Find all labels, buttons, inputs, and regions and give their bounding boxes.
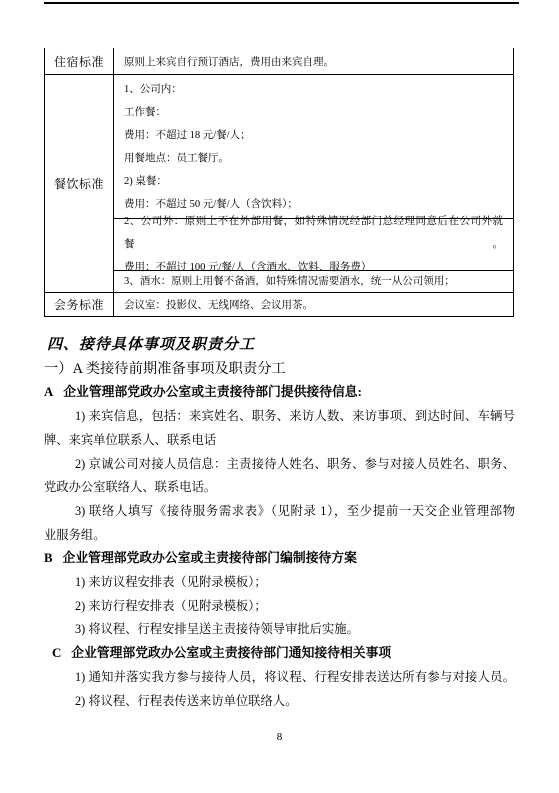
- block-c-letter: C: [52, 642, 61, 666]
- block-a-title: 企业管理部党政办公室或主责接待部门提供接待信息:: [63, 385, 362, 399]
- table-content-accommodation: 原则上来宾自行预订酒店，费用由来宾自理。: [114, 48, 513, 74]
- table-label-accommodation: 住宿标准: [45, 48, 114, 74]
- block-b-letter: B: [44, 547, 53, 571]
- table-line: 工作餐：: [124, 101, 503, 124]
- body-line: 党政办公室联络人、联系电话。: [44, 476, 515, 500]
- table-line: 3、酒水：原则上用餐不备酒，如特殊情况需要酒水，统一从公司领用；: [124, 272, 503, 291]
- body-line: 2) 京诚公司对接人员信息：主责接待人姓名、职务、参与对接人员姓名、职务、: [44, 453, 515, 477]
- block-c-title: 企业管理部党政办公室或主责接待部门通知接待相关事项: [71, 646, 391, 660]
- dining-subcell-company-inside: 1、公司内： 工作餐： 费用：不超过 18 元/餐/人； 用餐地点：员工餐厅。 …: [114, 75, 513, 219]
- table-label-dining: 餐饮标准: [45, 75, 114, 292]
- table-line: 用餐地点：员工餐厅。: [124, 147, 503, 170]
- block-a-letter: A: [44, 381, 53, 405]
- section-subheading: 一）A 类接待前期准备事项及职责分工: [44, 358, 515, 382]
- dining-subcell-company-outside: 2、公司外：原则上不在外部用餐，如特殊情况经部门总经理同意后在公司外就餐。 费用…: [114, 219, 513, 271]
- table-line: 2、公司外：原则上不在外部用餐，如特殊情况经部门总经理同意后在公司外就餐。: [124, 210, 503, 256]
- body-line: 2) 将议程、行程表传送来访单位联络人。: [44, 690, 515, 714]
- table-line: 2) 桌餐：: [124, 170, 503, 193]
- table-row-meeting: 会务标准 会议室：投影仪、无线网络、会议用茶。: [45, 293, 513, 316]
- body-line: 1) 通知并落实我方参与接待人员，将议程、行程安排表送达所有参与对接人员。: [44, 666, 515, 690]
- body-line: 3) 联络人填写《接待服务需求表》（见附录 1），至少提前一天交企业管理部物: [44, 500, 515, 524]
- reception-standards-table: 住宿标准 原则上来宾自行预订酒店，费用由来宾自理。 餐饮标准 1、公司内： 工作…: [44, 48, 514, 317]
- body-line: 2) 来访行程安排表（见附录模板）；: [44, 595, 515, 619]
- table-row-dining: 餐饮标准 1、公司内： 工作餐： 费用：不超过 18 元/餐/人； 用餐地点：员…: [45, 75, 513, 293]
- table-content-dining: 1、公司内： 工作餐： 费用：不超过 18 元/餐/人； 用餐地点：员工餐厅。 …: [114, 75, 513, 292]
- table-line: 1、公司内：: [124, 78, 503, 101]
- body-line: 业服务组。: [44, 524, 515, 548]
- block-c-heading: C企业管理部党政办公室或主责接待部门通知接待相关事项: [44, 642, 515, 666]
- body-line: 1) 来访议程安排表（见附录模板）；: [44, 571, 515, 595]
- dining-subcell-drinks: 3、酒水：原则上用餐不备酒，如特殊情况需要酒水，统一从公司领用；: [114, 271, 513, 292]
- table-label-meeting: 会务标准: [45, 293, 114, 316]
- section-body: 四、接待具体事项及职责分工 一）A 类接待前期准备事项及职责分工 A企业管理部党…: [44, 334, 515, 713]
- block-a-heading: A企业管理部党政办公室或主责接待部门提供接待信息:: [44, 381, 515, 405]
- table-content-meeting: 会议室：投影仪、无线网络、会议用茶。: [114, 293, 513, 316]
- table-row-accommodation: 住宿标准 原则上来宾自行预订酒店，费用由来宾自理。: [45, 48, 513, 75]
- section-heading: 四、接待具体事项及职责分工: [44, 334, 515, 358]
- block-b-title: 企业管理部党政办公室或主责接待部门编制接待方案: [63, 551, 357, 565]
- block-b-heading: B企业管理部党政办公室或主责接待部门编制接待方案: [44, 547, 515, 571]
- body-line: 牌、来宾单位联系人、联系电话: [44, 429, 515, 453]
- body-line: 3) 将议程、行程安排呈送主责接待领导审批后实施。: [44, 618, 515, 642]
- body-line: 1) 来宾信息，包括：来宾姓名、职务、来访人数、来访事项、到达时间、车辆号: [44, 405, 515, 429]
- header-rule: [44, 2, 519, 4]
- page-number: 8: [0, 731, 559, 743]
- table-line: 费用：不超过 18 元/餐/人；: [124, 124, 503, 147]
